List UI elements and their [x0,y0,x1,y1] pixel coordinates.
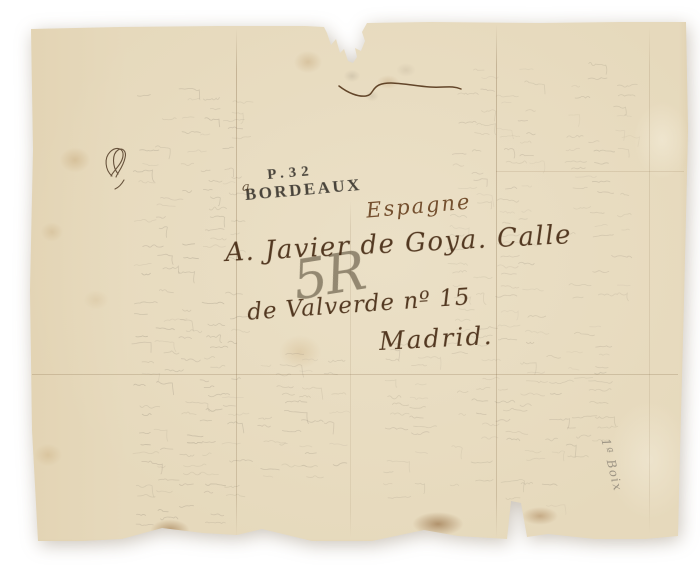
script-stroke [159,227,167,238]
script-stroke [566,444,576,457]
script-stroke [569,367,579,370]
script-stroke [412,432,430,435]
script-stroke [498,265,518,268]
script-stroke [134,263,151,265]
script-stroke [186,330,202,333]
script-stroke [158,479,179,480]
script-stroke [617,84,637,87]
script-stroke [506,161,526,164]
script-stroke [588,78,607,80]
script-stroke [525,330,548,334]
script-stroke [181,319,194,330]
script-stroke [332,393,346,395]
script-stroke [200,472,219,475]
script-stroke [471,461,492,463]
script-stroke [211,365,225,368]
script-stroke [282,430,301,432]
script-stroke [223,147,234,148]
script-stroke [333,463,347,466]
script-stroke [263,476,272,477]
script-stroke [136,485,154,497]
script-stroke [500,136,520,138]
script-stroke [259,417,272,419]
script-stroke [391,413,410,415]
script-stroke [575,96,590,98]
script-stroke [156,217,165,219]
script-stroke [616,130,625,140]
script-stroke [205,229,224,231]
script-stroke [140,405,160,408]
script-stroke [157,491,173,493]
script-stroke [525,450,541,452]
script-stroke [416,384,427,385]
script-stroke [590,401,608,403]
script-stroke [142,273,151,275]
script-stroke [187,442,202,443]
script-stroke [503,408,527,411]
script-stroke [163,266,179,273]
script-stroke [206,484,226,486]
script-stroke [483,423,500,426]
script-stroke [305,453,316,454]
script-stroke [261,469,279,470]
script-stroke [136,524,153,525]
script-stroke [225,168,234,177]
script-stroke [203,453,212,456]
letter-paper: P.32 BORDEAUX a Espagne 5R A. Javier de … [0,0,700,567]
script-stroke [478,202,492,209]
script-stroke [572,416,597,418]
script-stroke [522,210,531,213]
script-stroke [203,189,212,190]
script-stroke [179,337,192,339]
script-stroke [232,137,250,139]
script-stroke [482,76,498,78]
script-stroke [210,108,220,109]
script-stroke [574,332,594,335]
script-stroke [476,413,486,414]
script-stroke [416,452,428,454]
script-stroke [200,420,211,421]
script-stroke [301,420,323,423]
script-stroke [285,400,307,402]
script-stroke [569,284,591,286]
script-stroke [596,367,609,368]
script-stroke [228,422,244,433]
script-stroke [184,464,206,467]
script-stroke [182,412,196,415]
script-stroke [232,329,250,332]
script-stroke [477,123,496,134]
script-stroke [223,182,235,184]
script-stroke [154,429,168,441]
script-stroke [204,386,214,388]
script-stroke [136,336,148,337]
script-stroke [569,115,580,127]
script-stroke [593,271,609,273]
script-stroke [330,411,350,413]
script-stroke [550,380,574,384]
script-stroke [476,480,493,482]
script-stroke [414,426,437,428]
script-stroke [181,163,194,165]
script-stroke [550,419,570,429]
script-stroke [520,154,534,155]
script-stroke [157,382,174,395]
script-stroke [589,62,607,74]
script-stroke [418,357,441,370]
script-stroke [233,101,253,104]
script-stroke [595,163,609,165]
script-stroke [207,335,222,343]
script-stroke [300,370,312,371]
script-stroke [142,361,154,363]
script-stroke [137,514,146,515]
script-stroke [204,357,214,359]
script-stroke [138,495,155,498]
script-stroke [520,69,533,70]
script-stroke [142,414,151,416]
script-stroke [211,514,224,516]
script-stroke [572,167,586,169]
script-stroke [203,441,216,442]
script-stroke [161,197,183,200]
script-stroke [567,135,583,137]
script-stroke [230,460,253,463]
script-stroke [277,386,293,388]
script-stroke [140,150,159,151]
script-stroke [156,328,174,330]
script-stroke [546,438,558,441]
script-stroke [329,360,346,362]
script-stroke [188,150,207,152]
script-stroke [565,161,586,162]
script-stroke [161,517,178,520]
script-stroke [519,219,527,220]
script-stroke [505,187,516,189]
script-stroke [232,112,243,123]
script-stroke [179,505,193,507]
script-stroke [498,389,507,390]
script-stroke [204,97,220,100]
script-stroke [522,186,532,188]
script-stroke [526,342,533,343]
script-stroke [593,235,613,237]
script-stroke [573,297,583,298]
script-stroke [210,197,220,206]
script-stroke [143,245,163,247]
script-stroke [528,372,545,373]
script-stroke [542,484,557,486]
script-stroke [521,393,545,396]
script-stroke [506,431,528,434]
script-stroke [614,106,627,115]
script-stroke [135,314,148,315]
script-stroke [502,102,511,103]
script-stroke [530,161,545,173]
script-stroke [388,496,411,498]
script-stroke [617,115,631,117]
script-stroke [498,338,516,340]
script-stroke [210,216,224,227]
script-stroke [181,359,200,362]
script-stroke [527,133,536,135]
script-stroke [209,207,226,210]
script-stroke [598,426,618,428]
script-stroke [201,170,210,172]
script-stroke [229,413,249,415]
script-stroke [482,359,500,361]
script-stroke [497,199,519,202]
script-stroke [222,397,243,398]
script-stroke [453,164,464,166]
script-stroke [496,419,510,421]
script-stroke [188,98,200,100]
script-stroke [595,224,607,226]
script-stroke [205,118,220,127]
script-stroke [155,341,176,352]
script-stroke [501,310,518,319]
script-stroke [258,425,271,427]
script-stroke [183,190,192,192]
script-stroke [589,381,613,384]
script-stroke [472,150,481,152]
script-stroke [138,95,151,97]
script-stroke [392,403,408,406]
script-stroke [617,285,630,286]
script-stroke [384,472,393,473]
script-stroke [622,136,640,147]
script-stroke [459,414,466,416]
script-stroke [453,271,467,273]
script-stroke [596,417,616,426]
script-stroke [158,254,173,264]
script-stroke [179,272,195,283]
script-stroke [183,472,200,475]
script-stroke [459,121,477,123]
script-stroke [203,245,225,248]
script-stroke [179,484,193,486]
script-stroke [474,179,487,187]
script-stroke [208,323,225,325]
script-stroke [595,372,607,374]
script-stroke [452,153,466,154]
script-stroke [133,170,154,182]
script-stroke [208,393,229,396]
script-stroke [496,95,518,97]
script-stroke [458,93,478,95]
script-stroke [521,482,533,484]
script-stroke [307,476,324,478]
script-stroke [186,402,210,412]
script-stroke [410,397,427,399]
script-stroke [224,119,245,121]
script-stroke [223,405,235,406]
script-stroke [200,380,209,382]
script-stroke [568,455,588,457]
script-stroke [452,352,468,354]
script-stroke [483,378,500,380]
script-stroke [618,148,629,157]
script-stroke [204,491,213,493]
script-stroke [477,388,491,390]
script-stroke [143,163,159,165]
script-stroke [228,127,242,129]
script-stroke [226,292,243,295]
script-stroke [450,484,459,486]
script-stroke [590,212,604,213]
script-stroke [577,435,591,438]
script-stroke [504,148,514,158]
address-line-3: Madrid. [378,321,494,356]
script-stroke [574,207,591,210]
script-stroke [502,273,517,274]
script-stroke [134,219,156,222]
script-stroke [575,377,593,378]
script-stroke [568,427,576,428]
script-stroke [476,293,486,304]
script-stroke [518,120,527,121]
script-stroke [302,466,318,467]
script-stroke [324,373,337,375]
script-stroke [474,277,492,279]
script-stroke [302,387,322,399]
script-stroke [519,262,535,265]
script-stroke [528,316,546,318]
script-stroke [598,294,609,295]
script-stroke [598,192,614,194]
script-stroke [134,384,146,386]
script-stroke [410,407,426,409]
script-stroke [210,346,227,347]
script-stroke [550,393,561,394]
script-stroke [567,351,583,352]
script-stroke [324,422,334,434]
script-stroke [187,435,203,437]
script-stroke [498,325,520,327]
script-stroke [300,395,311,397]
script-stroke [573,187,587,188]
script-stroke [458,187,477,188]
script-stroke [282,393,294,395]
script-stroke [523,289,544,291]
script-stroke [202,302,224,304]
script-stroke [384,483,393,484]
script-stroke [388,395,401,398]
script-stroke [410,416,424,418]
script-stroke [501,286,519,288]
script-stroke [300,446,312,447]
script-stroke [596,346,612,347]
script-stroke [475,133,489,135]
script-stroke [385,380,397,388]
script-stroke [415,483,425,493]
script-stroke [261,365,271,367]
script-stroke [139,181,156,183]
script-stroke [501,256,520,258]
script-stroke [184,257,199,258]
script-stroke [179,88,200,98]
script-stroke [501,479,524,492]
script-stroke [182,131,200,133]
script-stroke [526,110,536,112]
script-stroke [566,148,579,151]
script-stroke [162,118,176,120]
script-stroke [182,117,194,118]
script-stroke [264,441,286,443]
script-stroke [497,128,514,138]
script-stroke [158,466,166,468]
script-stroke [222,443,240,444]
script-stroke [482,110,496,121]
script-stroke [232,378,241,380]
script-stroke [284,410,308,423]
script-stroke [527,458,545,460]
script-stroke [495,400,515,403]
paper-shadow: P.32 BORDEAUX a Espagne 5R A. Javier de … [0,0,700,567]
script-stroke [525,81,545,94]
script-stroke [589,141,599,143]
script-stroke [610,293,628,301]
script-stroke [527,381,548,383]
script-stroke [142,373,160,381]
script-stroke [455,319,470,321]
script-stroke [474,69,485,70]
script-stroke [330,443,348,445]
script-stroke [507,438,520,441]
script-stroke [547,505,566,515]
script-stroke [183,310,191,312]
script-stroke [228,341,237,343]
script-stroke [158,509,168,511]
script-stroke [520,404,531,407]
script-stroke [590,326,601,327]
script-stroke [592,181,610,182]
script-stroke [575,176,596,178]
script-stroke [472,399,488,401]
script-stroke [618,95,635,96]
script-stroke [412,365,427,366]
script-stroke [594,150,615,152]
script-stroke [622,229,630,230]
annotation-mark: a [242,180,250,195]
script-stroke [386,359,399,361]
script-stroke [160,448,173,450]
script-stroke [612,255,632,257]
script-stroke [302,359,317,361]
script-stroke [201,134,210,135]
script-stroke [133,452,159,454]
script-stroke [225,485,240,487]
script-stroke [159,290,173,293]
script-stroke [599,354,609,355]
script-stroke [621,193,629,195]
script-stroke [286,353,304,354]
script-stroke [135,302,158,304]
script-stroke [482,437,498,439]
script-stroke [165,369,183,371]
script-stroke [452,446,463,459]
script-stroke [481,89,495,91]
script-stroke [589,389,611,391]
script-stroke [164,351,179,354]
script-stroke [139,432,150,433]
script-stroke [132,342,151,352]
script-stroke [617,213,631,216]
script-stroke [209,180,222,182]
script-stroke [500,211,514,213]
script-stroke [472,172,483,174]
